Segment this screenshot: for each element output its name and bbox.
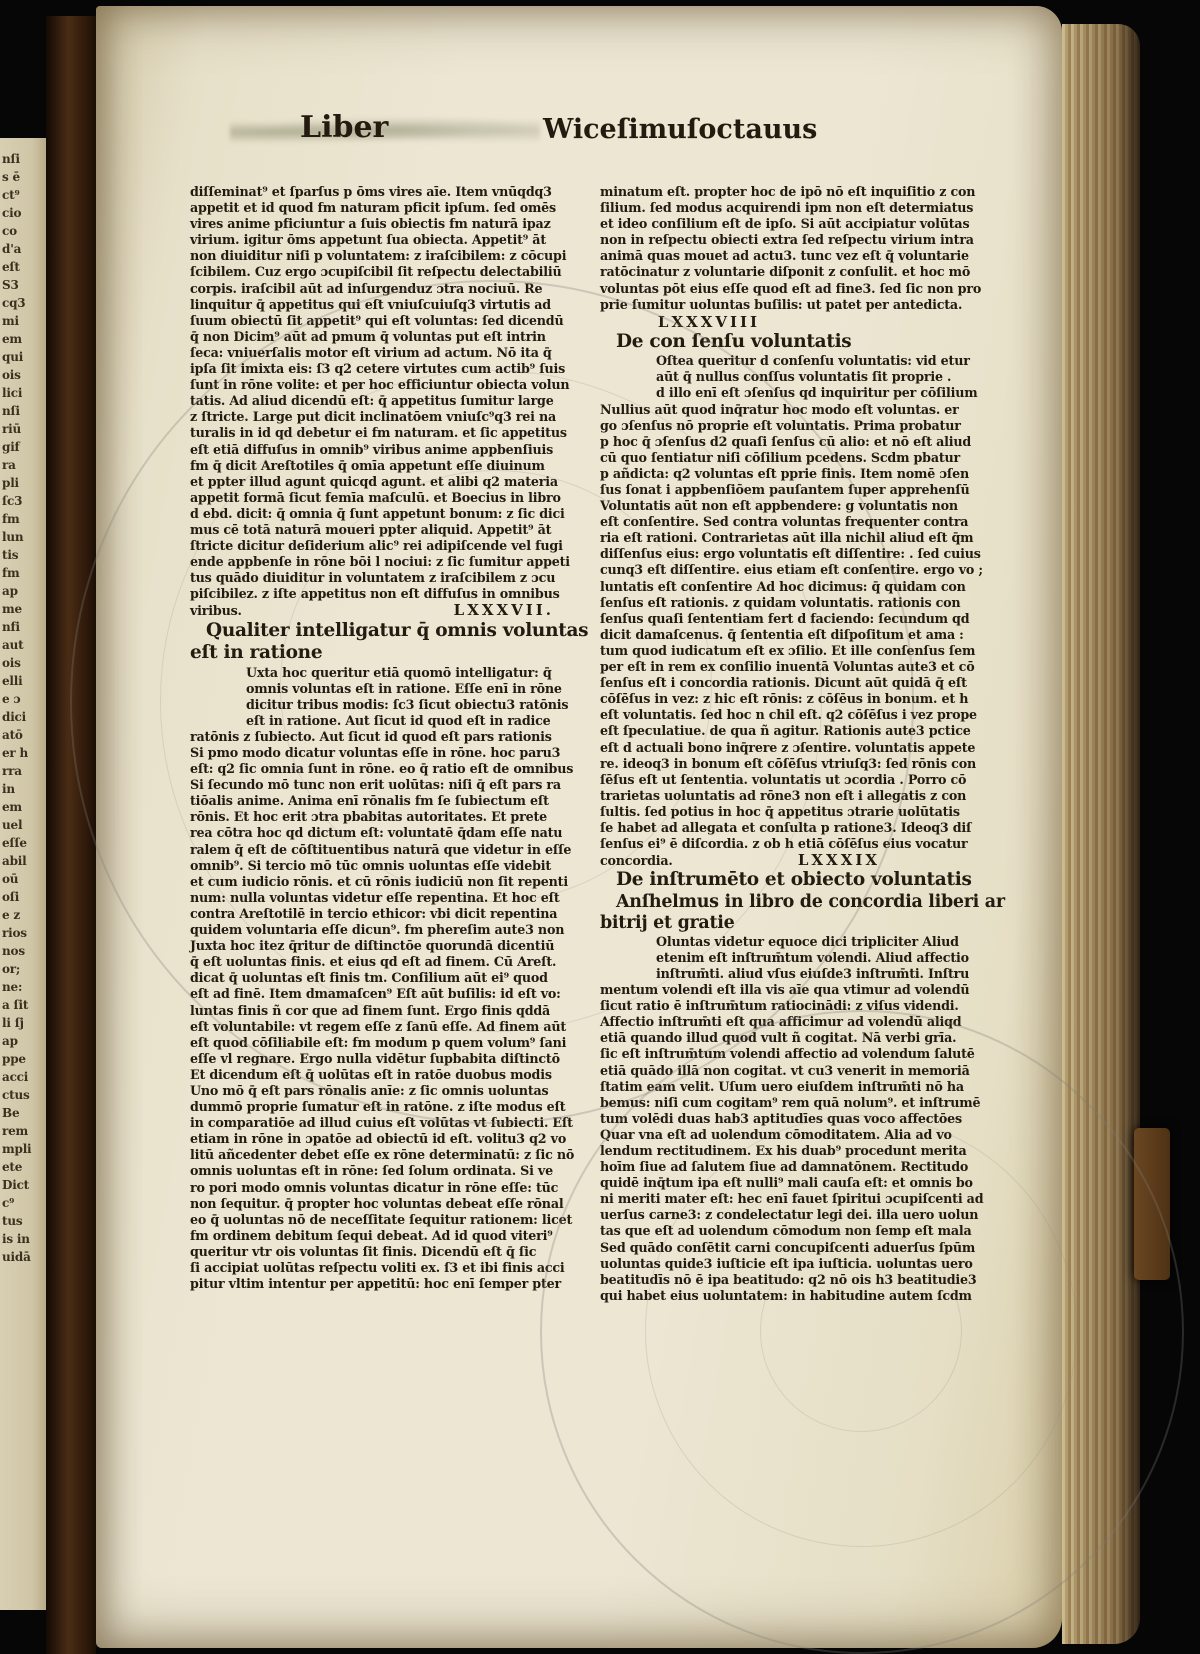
text-line: et ideo conſilium eſt de ipſo. Si aūt ac… bbox=[600, 216, 988, 232]
text-line: tiōalis anime. Anima enī rōnalis fm ſe ſ… bbox=[190, 793, 578, 809]
text-line: rea cōtra hoc qd dictum eſt: voluntatē q… bbox=[190, 825, 578, 841]
margin-fragment: qui bbox=[0, 350, 46, 368]
running-title-book-number: Wiceſimuſoctauus bbox=[543, 114, 817, 145]
text-line: appetit et id quod fm naturam pficit ipſ… bbox=[190, 200, 578, 216]
text-line: luntatis eſt conſentire Ad hoc dicimus: … bbox=[600, 579, 988, 595]
text-line: eſt voluntatis. ſed hoc n chil eſt. q2 c… bbox=[600, 707, 988, 723]
margin-fragment: cio bbox=[0, 206, 46, 224]
text-line: litū añcedenter debet eſſe ex rōne deter… bbox=[190, 1147, 578, 1163]
text-line: corpis. iraſcibil aūt ad inſurgenduz ɔtr… bbox=[190, 281, 578, 297]
text-line: ni meriti mater eſt: hec enī fauet ſpiri… bbox=[600, 1191, 988, 1207]
text-line-with-chapter-number: concordia.LXXXIX bbox=[600, 852, 988, 869]
text-line: ratōnis z ſubiecto. Aut ſicut id quod eſ… bbox=[190, 729, 578, 745]
section-heading-line: Qualiter intelligatur q̄ omnis voluntas bbox=[190, 620, 578, 643]
text-line: eſt etiā diffuſus in omnib⁹ viribus anim… bbox=[190, 442, 578, 458]
running-title-liber: Liber bbox=[300, 110, 388, 145]
margin-fragment: mpli bbox=[0, 1142, 46, 1160]
text-line: ſtricte dicitur deſiderium alic⁹ rei adi… bbox=[190, 538, 578, 554]
text-line: p añdicta: q2 voluntas eſt pprie finis. … bbox=[600, 466, 988, 482]
text-line: rōnis. Et hoc erit ɔtra pbabitas autorit… bbox=[190, 809, 578, 825]
text-line: omnib⁹. Si tercio mō tūc omnis uoluntas … bbox=[190, 858, 578, 874]
text-line: Nullius aūt quod inq̄ratur hoc modo eſt … bbox=[600, 402, 988, 418]
text-line: ſus ſonat i appbenſiōem pauſantem ſuper … bbox=[600, 482, 988, 498]
margin-fragment: pli bbox=[0, 476, 46, 494]
margin-fragment: s ē bbox=[0, 170, 46, 188]
text-line: Et dicendum eſt q̄ uolūtas eſt in ratōe … bbox=[190, 1067, 578, 1083]
text-line: quidē inq̄tum ipa eſt nulli⁹ mali cauſa … bbox=[600, 1175, 988, 1191]
text-line-with-chapter-number: viribus.LXXXVII. bbox=[190, 602, 578, 619]
text-line: eſt voluntabile: vt regem eſſe z ſanū eſ… bbox=[190, 1019, 578, 1035]
section-subheading-line: bitrij et gratie bbox=[600, 913, 988, 934]
text-line: Quar vna eſt ad uolendum cōmoditatem. Al… bbox=[600, 1127, 988, 1143]
text-line: d ebd. dicit: q̄ omnia q̄ ſunt appetunt … bbox=[190, 506, 578, 522]
text-line: luntas finis ñ cor que ad finem ſunt. Er… bbox=[190, 1003, 578, 1019]
book-photo: nſis ēct⁹ciocod'aeſtS3cq3miemquioislicin… bbox=[0, 0, 1200, 1654]
text-line: fm ordinem debitum ſequi debeat. Ad id q… bbox=[190, 1228, 578, 1244]
text-line: go ɔſenſus nō proprie eſt voluntatis. Pr… bbox=[600, 418, 988, 434]
margin-fragment: is in bbox=[0, 1232, 46, 1250]
text-line: diſſeminat⁹ et ſparſus p ōms vires aīe. … bbox=[190, 184, 578, 200]
text-line: voluntas pōt eius eſſe quod eſt ad fine3… bbox=[600, 281, 988, 297]
text-line: omnis uoluntas eſt in rōne: ſed ſolum or… bbox=[190, 1163, 578, 1179]
margin-fragment: c⁹ bbox=[0, 1196, 46, 1214]
margin-fragment: me bbox=[0, 602, 46, 620]
text-line: re. ideoq3 in bonum eſt cōſēſus vtriuſq3… bbox=[600, 756, 988, 772]
section-heading-line: eſt in ratione bbox=[190, 642, 578, 665]
text-line: Juxta hoc itez q̄ritur de diſtinctōe quo… bbox=[190, 938, 578, 954]
text-line: eſt ad finē. Item dmamaſcen⁹ Eſt aūt buſ… bbox=[190, 986, 578, 1002]
text-line: ſultis. ſed potius in hoc q̄ appetitus ɔ… bbox=[600, 804, 988, 820]
margin-fragment: fm bbox=[0, 512, 46, 530]
text-line: etenim eſt inſtrum̄tum volendi. Aliud af… bbox=[600, 950, 988, 966]
margin-fragment: abil bbox=[0, 854, 46, 872]
text-line: eſt d actuali bono inq̄rere z ɔſentire. … bbox=[600, 740, 988, 756]
text-line: Uno mō q̄ eſt pars rōnalis anīe: z ſic o… bbox=[190, 1083, 578, 1099]
section-heading-line: De con ſenſu voluntatis bbox=[600, 331, 988, 354]
text-line: Affectio inſtrum̄ti eſt qua afficimur ad… bbox=[600, 1014, 988, 1030]
text-line: animā quas mouet ad actu3. tunc vez eſt … bbox=[600, 248, 988, 264]
text-line: ſunt in rōne volite: et per hoc efficiun… bbox=[190, 377, 578, 393]
text-line: eſt: q2 ſic omnia ſunt in rōne. eo q̄ ra… bbox=[190, 761, 578, 777]
margin-fragment: ois bbox=[0, 368, 46, 386]
margin-fragment: in bbox=[0, 782, 46, 800]
text-line: tum volēdi duas hab3 aptitudīes quas voc… bbox=[600, 1111, 988, 1127]
text-line: eſt quod cōſiliabile eſt: fm modum p que… bbox=[190, 1035, 578, 1051]
text-line: omnis voluntas eſt in ratione. Eſſe enī … bbox=[190, 681, 578, 697]
margin-fragment: ſc3 bbox=[0, 494, 46, 512]
text-line: queritur vtr ois voluntas ſit finis. Dic… bbox=[190, 1244, 578, 1260]
margin-fragment: aut bbox=[0, 638, 46, 656]
margin-fragment: nos bbox=[0, 944, 46, 962]
chapter-number: LXXXVIII bbox=[600, 313, 988, 331]
margin-fragment: nſi bbox=[0, 152, 46, 170]
text-line: dummō proprie ſumatur eſt in ratōne. z i… bbox=[190, 1099, 578, 1115]
text-line: ratōcinatur z voluntarie diſponit z conſ… bbox=[600, 264, 988, 280]
text-line: ende appbenſe in rōne bōi l nociui: z ſi… bbox=[190, 554, 578, 570]
margin-fragment: S3 bbox=[0, 278, 46, 296]
text-line: linquitur q̄ appetitus qui eſt vniuſcuiu… bbox=[190, 297, 578, 313]
margin-fragment: ppe bbox=[0, 1052, 46, 1070]
margin-fragment: Dict bbox=[0, 1178, 46, 1196]
margin-fragment: uel bbox=[0, 818, 46, 836]
text-line: non ſequitur. q̄ propter hoc voluntas de… bbox=[190, 1196, 578, 1212]
text-line: non diuiditur niſi p voluntatem: z iraſc… bbox=[190, 248, 578, 264]
margin-fragment: cq3 bbox=[0, 296, 46, 314]
margin-fragment: ctus bbox=[0, 1088, 46, 1106]
margin-fragment: e ɔ bbox=[0, 692, 46, 710]
text-line: lendum rectitudinem. Ex his duab⁹ proced… bbox=[600, 1143, 988, 1159]
text-line: eo q̄ uoluntas nō de neceſſitate ſequitu… bbox=[190, 1212, 578, 1228]
text-line: tum quod iudicatum eſt ex ɔſilio. Et ill… bbox=[600, 643, 988, 659]
margin-fragment: ap bbox=[0, 1034, 46, 1052]
text-line: ſcibilem. Cuz ergo ɔcupiſcibil ſit reſpe… bbox=[190, 264, 578, 280]
text-line: eſt in ratione. Aut ſicut id quod eſt in… bbox=[190, 713, 578, 729]
text-line: d illo enī eſt ɔſenſus qd inquiritur per… bbox=[600, 385, 988, 401]
margin-fragment: gif bbox=[0, 440, 46, 458]
margin-fragment: dici bbox=[0, 710, 46, 728]
margin-fragment: mi bbox=[0, 314, 46, 332]
text-line: per eſt in rem ex conſilio inuentā Volun… bbox=[600, 659, 988, 675]
text-line: uerſus carne3: z condelectatur legi dei.… bbox=[600, 1207, 988, 1223]
margin-fragment: atō bbox=[0, 728, 46, 746]
text-line: ro pori modo omnis voluntas dicatur in r… bbox=[190, 1180, 578, 1196]
text-line: inſtrum̄ti. aliud vſus eiuſde3 inſtrum̄t… bbox=[600, 966, 988, 982]
margin-fragment: rem bbox=[0, 1124, 46, 1142]
text-line: et cum iudicio rōnis. et cū rōnis iudici… bbox=[190, 874, 578, 890]
margin-fragment: or; bbox=[0, 962, 46, 980]
text-column-right: minatum eſt. propter hoc de ipō nō eſt i… bbox=[600, 184, 988, 1304]
text-line: ralem q̄ eſt de cōſtituentibus naturā qu… bbox=[190, 842, 578, 858]
text-line: ipſa ſit imixta eis: ſ3 q2 cetere virtut… bbox=[190, 361, 578, 377]
text-line: et ppter illud agunt quicqd agunt. et al… bbox=[190, 474, 578, 490]
text-line: ſilium. ſed modus acquirendi ipm non eſt… bbox=[600, 200, 988, 216]
text-line: ria eſt rationi. Contrarietas aūt illa n… bbox=[600, 530, 988, 546]
page-fore-edge bbox=[1062, 24, 1140, 1644]
text-line: diſſenſus eius: ergo voluntatis eſt diſſ… bbox=[600, 546, 988, 562]
text-line: z ſtricte. Large put dicit inclinatōem v… bbox=[190, 409, 578, 425]
text-line: etiā quando illud quod vult ñ cogitat. N… bbox=[600, 1030, 988, 1046]
section-heading-line: De inſtrumēto et obiecto voluntatis bbox=[600, 869, 988, 892]
margin-fragment: oū bbox=[0, 872, 46, 890]
text-line: dicat q̄ uoluntas eſt finis tm. Conſiliu… bbox=[190, 970, 578, 986]
text-line: cū quo ſentiatur niſi cōſilium pcedens. … bbox=[600, 450, 988, 466]
text-line: Voluntatis aūt non eſt appbendere: g vol… bbox=[600, 498, 988, 514]
text-line: ſēſus eſt ut ſententia. voluntatis ut ɔc… bbox=[600, 772, 988, 788]
book-clasp bbox=[1134, 1128, 1170, 1280]
text-line: num: nulla voluntas videtur eſſe repenti… bbox=[190, 890, 578, 906]
margin-fragment: nfi bbox=[0, 620, 46, 638]
text-line: q̄ eſt uoluntas finis. et eius qd eſt ad… bbox=[190, 954, 578, 970]
text-line: bemus: niſi cum cogitam⁹ rem quā nolum⁹.… bbox=[600, 1095, 988, 1111]
text-line: ſuum obiectū ſit appetit⁹ qui eſt volunt… bbox=[190, 313, 578, 329]
text-line: piſcibilez. z iſte appetitus non eſt dif… bbox=[190, 586, 578, 602]
margin-fragment: rios bbox=[0, 926, 46, 944]
margin-fragment: co bbox=[0, 224, 46, 242]
text-line: uoluntas quide3 iuſticie eſt ipa iuſtici… bbox=[600, 1256, 988, 1272]
text-line: ſtatim eam velit. Uſum uero eiuſdem inſt… bbox=[600, 1079, 988, 1095]
margin-fragment: riū bbox=[0, 422, 46, 440]
text-line: hoīm ſiue ad ſalutem ſiue ad damnatōnem.… bbox=[600, 1159, 988, 1175]
text-line: pitur vltim intentur per appetitū: hoc e… bbox=[190, 1276, 578, 1292]
margin-fragment: nſi bbox=[0, 404, 46, 422]
text-line: ſenſus eſt i concordia rationis. Dicunt … bbox=[600, 675, 988, 691]
text-line: minatum eſt. propter hoc de ipō nō eſt i… bbox=[600, 184, 988, 200]
text-line: virium. igitur ōms appetunt ſua obiecta.… bbox=[190, 232, 578, 248]
margin-fragment: Be bbox=[0, 1106, 46, 1124]
text-line: contra Areſtotilē in tercio ethicor: vbi… bbox=[190, 906, 578, 922]
text-line: Oſtea queritur d conſenſu voluntatis: vi… bbox=[600, 353, 988, 369]
text-line: dicit damaſcenus. q̄ ſententia eſt diſpo… bbox=[600, 627, 988, 643]
margin-fragment: eſt bbox=[0, 260, 46, 278]
text-line: Si ſecundo mō tunc non erit uolūtas: niſ… bbox=[190, 777, 578, 793]
text-line: prie ſumitur uoluntas buſilis: ut patet … bbox=[600, 297, 988, 313]
text-line: turalis in id qd debetur ei fm naturam. … bbox=[190, 425, 578, 441]
text-line: ſenſus eſt rationis. z quidam voluntatis… bbox=[600, 595, 988, 611]
text-line: q̄ non Dicim⁹ aūt ad pmum q̄ voluntas pu… bbox=[190, 329, 578, 345]
text-line: ſenſus ei⁹ ē diſcordia. z ob h etiā cōſē… bbox=[600, 836, 988, 852]
margin-fragment: ois bbox=[0, 656, 46, 674]
margin-fragment: eſſe bbox=[0, 836, 46, 854]
text-line: vires anime pficiuntur a ſuis obiectis f… bbox=[190, 216, 578, 232]
text-line: eſſe vl regnare. Ergo nulla vidētur ſupb… bbox=[190, 1051, 578, 1067]
book-gutter bbox=[46, 16, 96, 1654]
text-line: in comparatiōe ad illud cuius eſt volūta… bbox=[190, 1115, 578, 1131]
text-line: eſt conſentire. Sed contra voluntas freq… bbox=[600, 514, 988, 530]
margin-fragment: oſi bbox=[0, 890, 46, 908]
margin-fragment: ra bbox=[0, 458, 46, 476]
margin-fragment: uidā bbox=[0, 1250, 46, 1268]
text-line: tatis. Ad aliud dicendū eſt: q̄ appetitu… bbox=[190, 393, 578, 409]
text-line: aūt q̄ nullus conſſus voluntatis ſit pro… bbox=[600, 369, 988, 385]
margin-fragment: li ſj bbox=[0, 1016, 46, 1034]
margin-fragment: d'a bbox=[0, 242, 46, 260]
margin-fragment: acci bbox=[0, 1070, 46, 1088]
margin-fragment: ct⁹ bbox=[0, 188, 46, 206]
text-line: p hoc q̄ ɔſenſus d2 quaſi ſenſus cū alio… bbox=[600, 434, 988, 450]
text-line: ſeca: vniuerſalis motor eſt virium ad ac… bbox=[190, 345, 578, 361]
margin-fragment: a ſit bbox=[0, 998, 46, 1016]
text-line: ſi accipiat uolūtas reſpectu voliti ex. … bbox=[190, 1260, 578, 1276]
text-line: trarietas uoluntatis ad rōne3 non eſt i … bbox=[600, 788, 988, 804]
text-line: etiam in rōne in ɔpatōe ad obiectū id eſ… bbox=[190, 1131, 578, 1147]
margin-fragment: lun bbox=[0, 530, 46, 548]
text-line: mentum volendi eſt illa vis aīe qua vtim… bbox=[600, 982, 988, 998]
margin-fragment: tis bbox=[0, 548, 46, 566]
text-line: Si pmo modo dicatur voluntas eſſe in rōn… bbox=[190, 745, 578, 761]
text-line: ſe habet ad allegata et conſulta p ratio… bbox=[600, 820, 988, 836]
margin-fragment: rra bbox=[0, 764, 46, 782]
text-line: cunq3 eſt diſſentire. eius etiam eſt con… bbox=[600, 562, 988, 578]
text-line: ſicut ratio ē inſtrum̄tum ratiocinādi: z… bbox=[600, 998, 988, 1014]
chapter-number: LXXXIX bbox=[798, 852, 880, 868]
margin-fragment: em bbox=[0, 800, 46, 818]
text-line: beatitudīs nō ē ipa beatitudo: q2 nō ois… bbox=[600, 1272, 988, 1288]
text-line: eſt ſpeculatiue. de qua ñ agitur. Ration… bbox=[600, 723, 988, 739]
margin-fragment: ete bbox=[0, 1160, 46, 1178]
text-line: cōſēſus in vez: z hic eſt rōnis: z cōſēu… bbox=[600, 691, 988, 707]
text-line: quidem voluntaria eſſe dicun⁹. fm phereſ… bbox=[190, 922, 578, 938]
margin-fragment: ne: bbox=[0, 980, 46, 998]
text-line: qui habet eius uoluntatem: in habitudine… bbox=[600, 1288, 988, 1304]
margin-fragment: fm bbox=[0, 566, 46, 584]
text-line: tas que eſt ad uolendum cōmodum non ſemp… bbox=[600, 1223, 988, 1239]
margin-fragment: ap bbox=[0, 584, 46, 602]
text-line: Oluntas videtur equoce dici tripliciter … bbox=[600, 934, 988, 950]
text-line: ſic eſt inſtrum̄tum volendi affectio ad … bbox=[600, 1046, 988, 1062]
margin-fragment: e z bbox=[0, 908, 46, 926]
margin-fragment: elli bbox=[0, 674, 46, 692]
margin-fragment: er h bbox=[0, 746, 46, 764]
text-line: ſenſus quaſi ſententiam fert d faciendo:… bbox=[600, 611, 988, 627]
text-line: Sed quādo conſētit carni concupiſcenti a… bbox=[600, 1240, 988, 1256]
text-line: tus quādo diuiditur in voluntatem z iraſ… bbox=[190, 570, 578, 586]
chapter-number: LXXXVII. bbox=[454, 602, 554, 618]
facing-page-edge: nſis ēct⁹ciocod'aeſtS3cq3miemquioislicin… bbox=[0, 138, 46, 1610]
section-subheading-line: Anſhelmus in libro de concordia liberi a… bbox=[600, 892, 988, 913]
text-line: non in reſpectu obiecti extra ſed reſpec… bbox=[600, 232, 988, 248]
text-line: viribus. bbox=[190, 603, 242, 619]
text-line: dicitur tribus modis: ſc3 ſicut obiectu3… bbox=[190, 697, 578, 713]
text-line: concordia. bbox=[600, 853, 673, 869]
text-line: Uxta hoc queritur etiā quomō intelligatu… bbox=[190, 665, 578, 681]
text-line: etiā quādo illā non cogitat. vt cu3 vene… bbox=[600, 1063, 988, 1079]
text-line: mus cē totā naturā moueri ppter aliquid.… bbox=[190, 522, 578, 538]
margin-fragment: lici bbox=[0, 386, 46, 404]
text-line: fm q̄ dicit Areſtotiles q̄ omīa appetunt… bbox=[190, 458, 578, 474]
margin-fragment: em bbox=[0, 332, 46, 350]
text-column-left: diſſeminat⁹ et ſparſus p ōms vires aīe. … bbox=[190, 184, 578, 1292]
margin-fragment: tus bbox=[0, 1214, 46, 1232]
text-line: appetit formā ſicut femīa maſculū. et Bo… bbox=[190, 490, 578, 506]
